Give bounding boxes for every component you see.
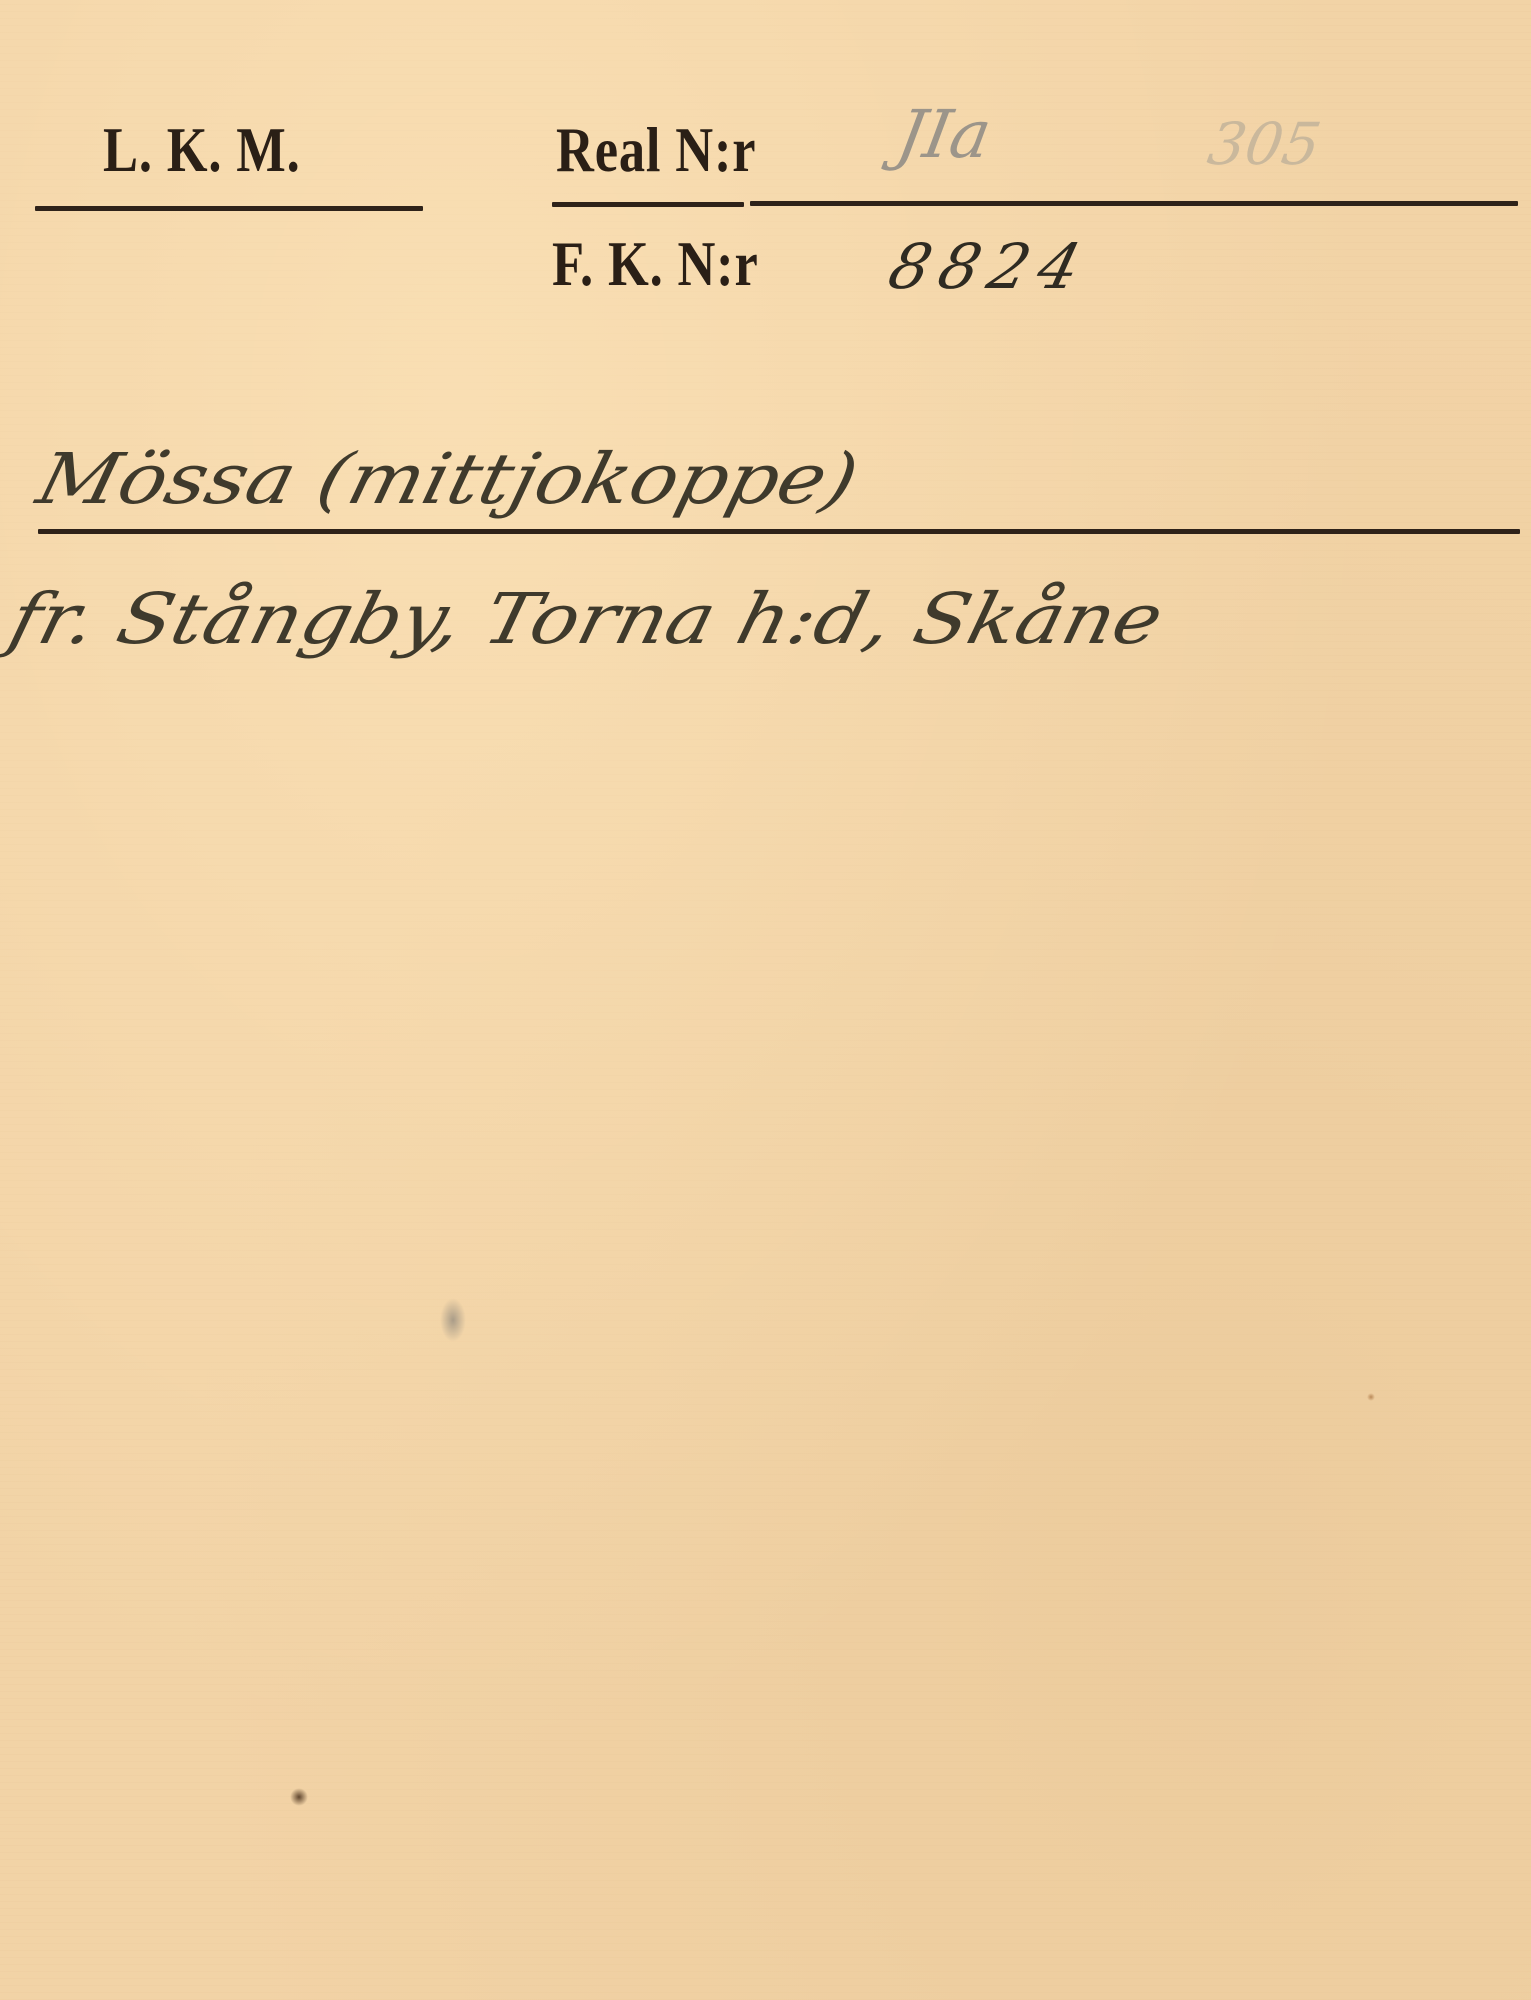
- real-nr-label: Real N:r: [556, 118, 756, 182]
- ink-blot: [440, 1298, 466, 1342]
- fk-nr-label: F. K. N:r: [552, 232, 759, 296]
- real-nr-value: JIa: [891, 96, 996, 173]
- real-nr-rule-right: [750, 201, 1518, 206]
- object-title: Mössa (mittjokoppe): [30, 438, 867, 520]
- fk-nr-value: 8824: [882, 230, 1098, 303]
- institution-label: L. K. M.: [103, 118, 301, 182]
- paper-speck-small: [1367, 1393, 1375, 1401]
- provenance-line: fr. Stångby, Torna h:d, Skåne: [2, 578, 1172, 660]
- paper-speck: [290, 1788, 308, 1806]
- institution-underline: [35, 206, 423, 211]
- real-nr-secondary-value: 305: [1203, 110, 1326, 178]
- object-title-rule: [38, 529, 1520, 534]
- archive-index-card: L. K. M. Real N:r JIa 305 F. K. N:r 8824…: [0, 0, 1531, 2000]
- real-nr-rule-left: [552, 202, 744, 207]
